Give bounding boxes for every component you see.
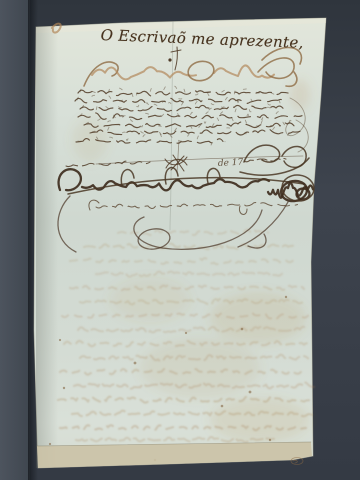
dateline-year-text: de 17 [218,158,244,169]
manuscript-scan: de 17 O Escrivaõ me [0,0,360,480]
cross-mark-dot [168,58,171,61]
manuscript-svg: de 17 [0,0,360,480]
paper-left-shadow [36,26,58,468]
book-spine-edge [0,0,30,480]
